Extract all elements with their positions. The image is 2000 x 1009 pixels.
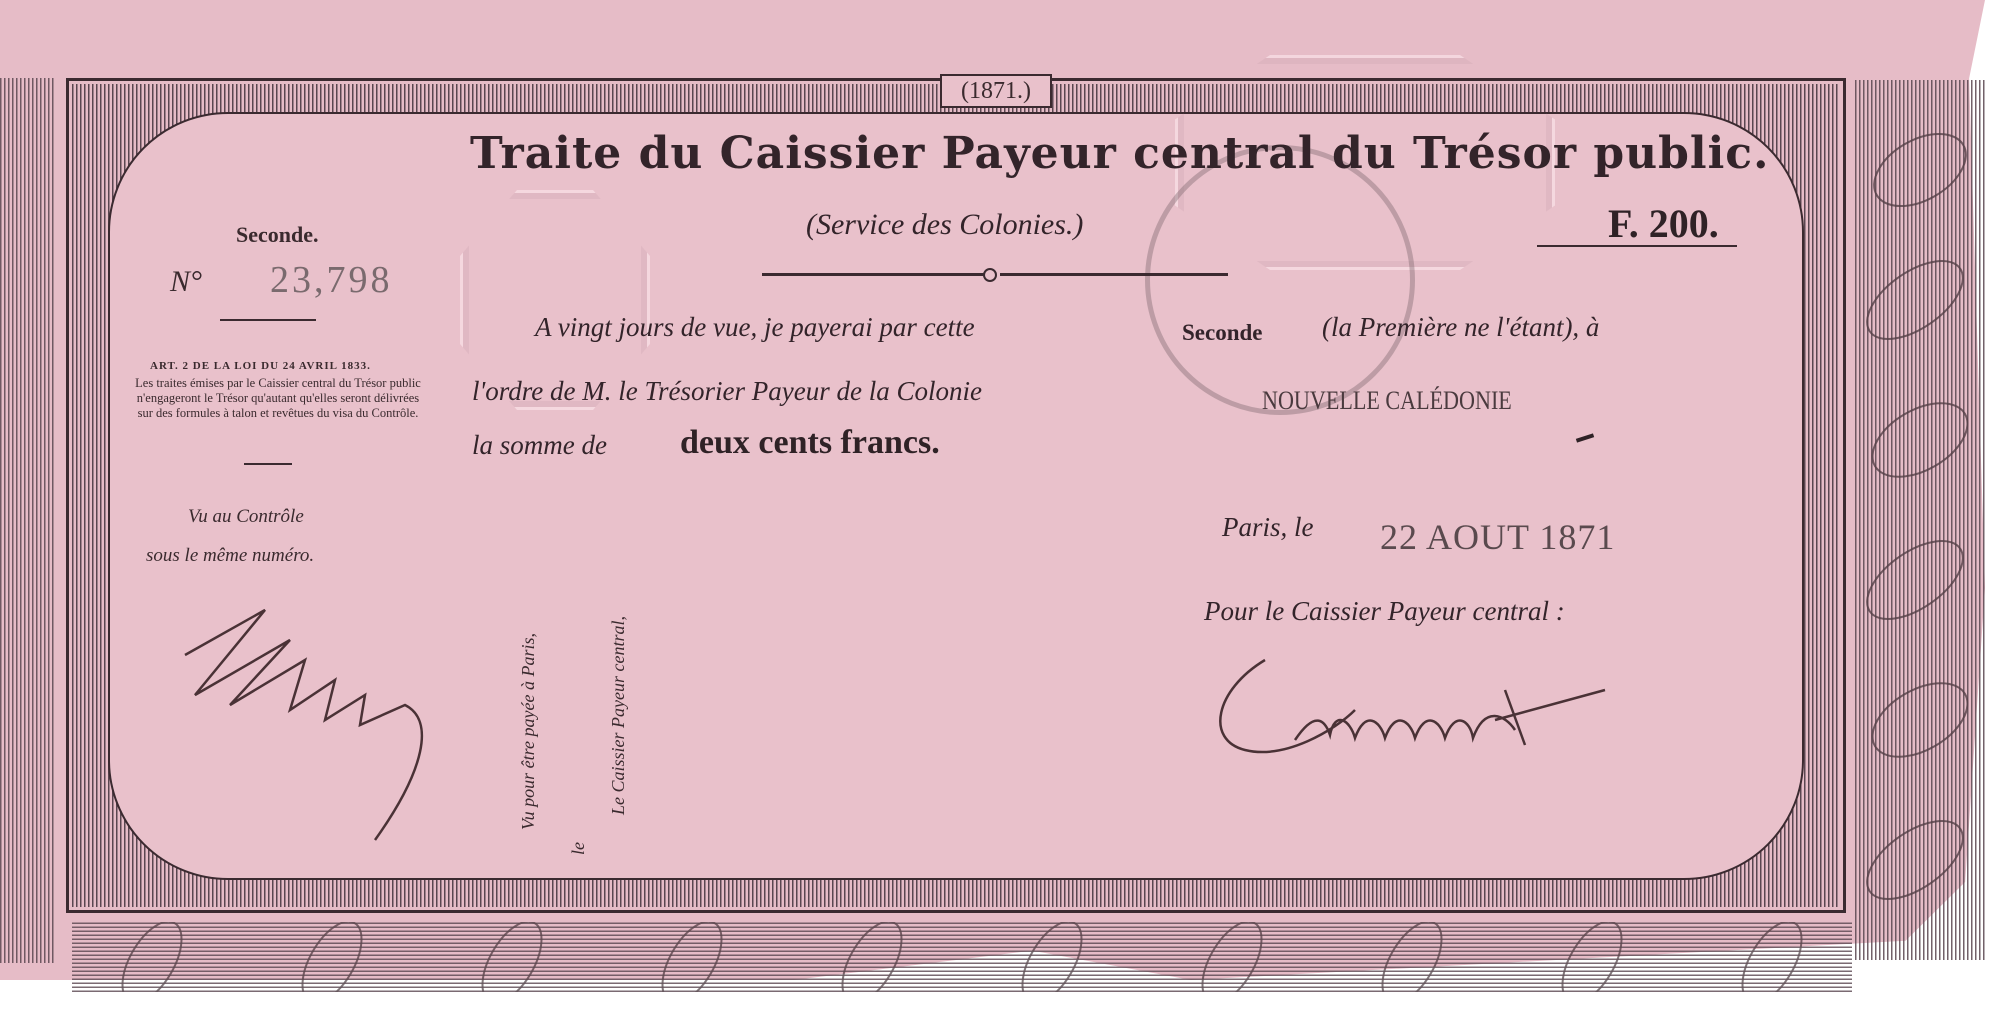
law-reference-title: ART. 2 DE LA LOI DU 24 AVRIL 1833. — [150, 360, 371, 372]
vertical-endorsement-line2: le — [568, 842, 589, 855]
amount-underline — [1537, 245, 1737, 247]
law-divider — [244, 463, 292, 465]
control-signature — [175, 600, 435, 850]
amount-figure: F. 200. — [1608, 200, 1719, 247]
number-prefix: N° — [170, 265, 202, 299]
calligraphy-flourish-icon — [72, 922, 1852, 992]
right-calligraphy-strip — [1855, 80, 1985, 960]
signatory-line: Pour le Caissier Payeur central : — [1204, 596, 1565, 627]
divider-ornament-icon — [983, 268, 997, 282]
control-visa-line2: sous le même numéro. — [146, 545, 314, 567]
title-divider — [762, 273, 990, 276]
body-line2: l'ordre de M. le Trésorier Payeur de la … — [472, 376, 982, 407]
control-visa-line1: Vu au Contrôle — [188, 506, 304, 528]
left-calligraphy-strip — [0, 78, 55, 963]
serial-number: 23,798 — [270, 258, 393, 302]
colony-stamp: NOUVELLE CALÉDONIE — [1262, 386, 1512, 416]
body-line1-end: (la Première ne l'étant), à — [1322, 312, 1599, 343]
place-label: Paris, le — [1222, 512, 1314, 543]
cashier-signature — [1205, 650, 1625, 770]
law-reference-text: Les traites émises par le Caissier centr… — [128, 376, 428, 421]
calligraphy-flourish-icon — [1855, 80, 1985, 960]
year-box: (1871.) — [940, 74, 1052, 108]
circular-postmark-stamp — [1145, 145, 1415, 415]
title-divider — [1000, 273, 1228, 276]
amount-in-words: deux cents francs. — [680, 424, 940, 462]
vertical-endorsement-line3: Le Caissier Payeur central, — [608, 616, 629, 815]
date-stamp: 22 AOUT 1871 — [1380, 516, 1615, 558]
number-divider — [220, 319, 316, 321]
vertical-endorsement-line1: Vu pour être payée à Paris, — [518, 633, 539, 830]
body-copy-word: Seconde — [1182, 320, 1263, 346]
body-line3: la somme de — [472, 430, 607, 461]
document-subtitle: (Service des Colonies.) — [806, 208, 1083, 242]
bottom-calligraphy-strip — [72, 922, 1852, 992]
body-line1: A vingt jours de vue, je payerai par cet… — [535, 312, 975, 343]
document-title: Traite du Caissier Payeur central du Tré… — [470, 128, 1769, 179]
copy-label: Seconde. — [236, 222, 319, 248]
